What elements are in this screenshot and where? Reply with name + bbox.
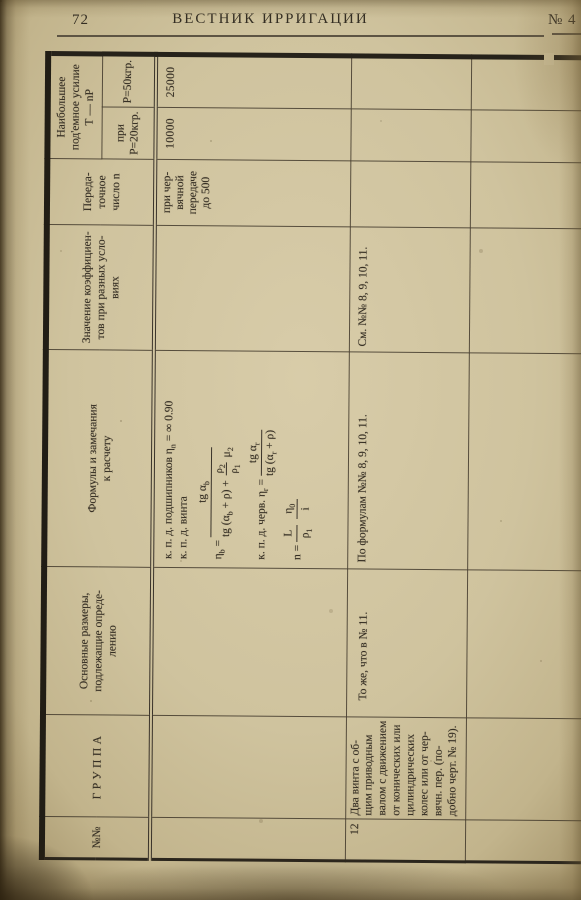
col-header-gear-ratio: Переда- точное число n: [47, 159, 156, 226]
formula-worm-efficiency: к. п. д. черв. ηr = tg αr tg (αr + ρ): [246, 354, 277, 560]
formula-screw-efficiency-label: к. п. д. винта: [177, 353, 191, 559]
data-table: №№ ГРУППА Основные размеры, подлежащие о…: [39, 51, 581, 864]
empty-cell: [465, 718, 581, 821]
fraction: η0 i: [283, 499, 312, 519]
rotated-table-container: №№ ГРУППА Основные размеры, подлежащие о…: [39, 55, 581, 864]
force-value-p50: 25000: [156, 54, 351, 109]
formula-lhs: ηb =: [212, 540, 224, 559]
group-description: Два винта с об- щим приводным валом с дв…: [345, 717, 466, 820]
gear-ratio-note: при чер- вячной передаче до 500: [155, 159, 351, 227]
formulas-reference: По формулам №№ 8, 9, 10, 11.: [347, 352, 469, 570]
table-header-row: №№ ГРУППА Основные размеры, подлежащие о…: [42, 53, 102, 858]
table-row-empty: [465, 57, 581, 863]
empty-cell: [350, 109, 470, 162]
empty-cell: [465, 820, 581, 863]
empty-cell: [469, 228, 581, 354]
empty-cell: [470, 110, 581, 163]
col-header-formulas: Формулы и замечания к расчету: [44, 350, 154, 568]
empty-cell: [151, 567, 347, 717]
nested-fraction: ρ2ρ1: [214, 462, 240, 475]
fraction: tg αr tg (αr + ρ): [247, 430, 276, 476]
fraction: tg αb tg (αb + ρ) + ρ2ρ1 μ2: [196, 447, 240, 537]
paper-speckles: [0, 0, 2, 2]
col-header-lifting-force: Наибольшее под'емное усилие Т — nР: [47, 53, 102, 158]
formula-bearings-efficiency: к. п. д. подшипников ηn = ∞ 0.90: [162, 353, 176, 559]
col-header-group: ГРУППА: [42, 714, 151, 817]
empty-cell: [471, 57, 581, 111]
empty-cell: [350, 161, 471, 228]
scanned-journal-page: 72 ВЕСТНИК ИРРИГАЦИИ № 4 №№ ГРУППА Основ…: [0, 0, 581, 900]
formula-lhs: n =: [291, 545, 303, 560]
empty-cell: [467, 353, 581, 571]
empty-cell: [466, 570, 581, 719]
table-row-12: 12 Два винта с об- щим приводным валом с…: [345, 56, 471, 862]
coefficients-reference: См. №№ 8, 9, 10, 11.: [349, 227, 470, 353]
col-header-force-p50: Р=50кгр.: [102, 54, 156, 107]
fraction: L ρ1: [282, 525, 311, 542]
col-header-force-p20: при Р=20кгр.: [101, 107, 155, 159]
col-header-coefficients: Значение коэффициен- тов при разных усло…: [46, 225, 155, 351]
col-header-number: №№: [42, 816, 150, 859]
empty-cell: [351, 56, 471, 110]
table-tilt-wrapper: №№ ГРУППА Основные размеры, подлежащие о…: [0, 0, 581, 900]
border-gap-patch: [544, 53, 554, 65]
force-value-p20: 10000: [155, 107, 350, 161]
empty-cell: [150, 817, 345, 861]
col-header-dimensions: Основные размеры, подлежащие опреде- лен…: [43, 566, 152, 715]
formula-gear-ratio: n = L ρ1 η0 i: [282, 354, 313, 560]
formula-screw-efficiency: ηb = tg αb tg (αb + ρ) + ρ2ρ1 μ2: [196, 353, 241, 559]
formula-lhs: к. п. д. черв. ηr =: [255, 479, 268, 560]
formulas-cell: к. п. д. подшипников ηn = ∞ 0.90 к. п. д…: [152, 350, 349, 569]
dimensions-note: То же, что в № 11.: [346, 569, 467, 718]
empty-cell: [150, 715, 346, 819]
row-number: 12: [345, 819, 465, 862]
empty-cell: [154, 225, 350, 352]
table-row-11-continuation: к. п. д. подшипников ηn = ∞ 0.90 к. п. д…: [150, 54, 351, 861]
empty-cell: [470, 162, 581, 229]
